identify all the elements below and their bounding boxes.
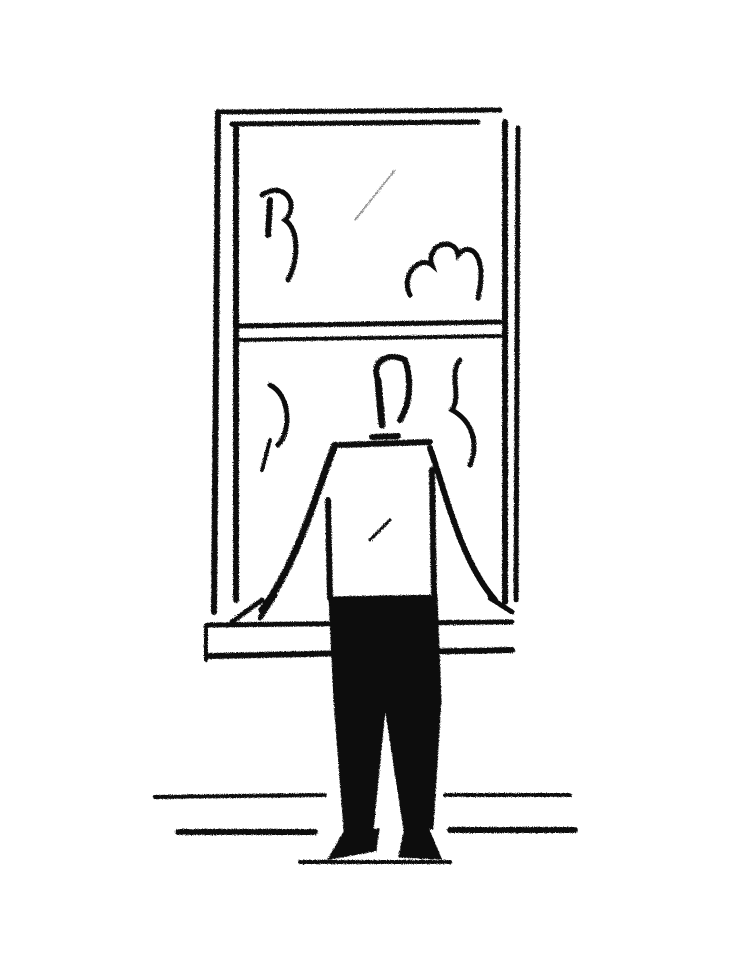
man-figure xyxy=(232,357,512,622)
man-pants xyxy=(330,596,440,830)
sketch-illustration xyxy=(0,0,736,980)
window xyxy=(206,110,518,660)
